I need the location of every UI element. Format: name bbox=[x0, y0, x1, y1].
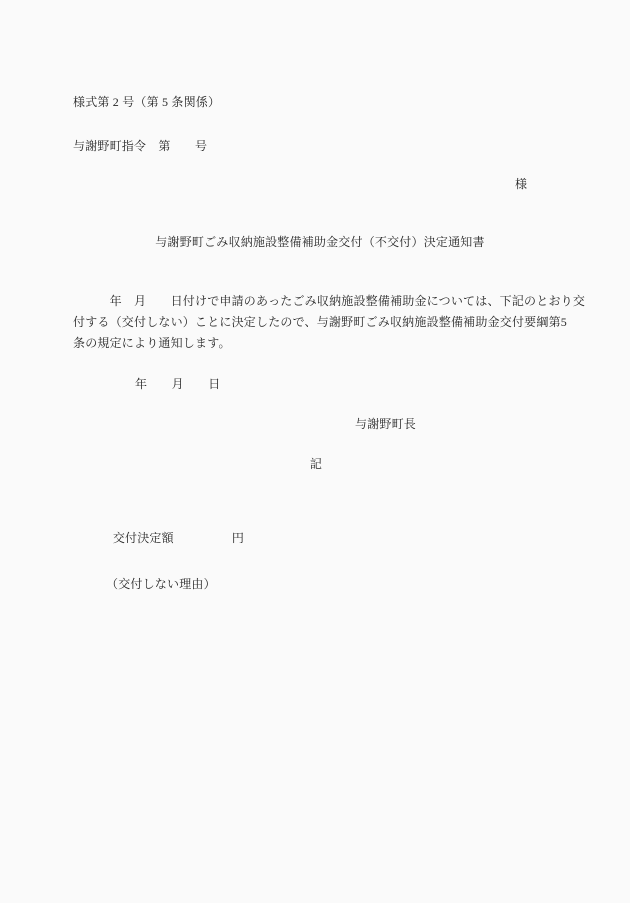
directive-number-line: 与謝野町指令 第 号 bbox=[73, 139, 207, 153]
grant-amount-label: 交付決定額 bbox=[113, 531, 174, 545]
grant-amount-unit: 円 bbox=[232, 531, 244, 545]
reason-not-granted-label: （交付しない理由） bbox=[106, 577, 216, 591]
grant-amount-line: 交付決定額円 bbox=[100, 517, 244, 559]
notation-marker: 記 bbox=[73, 457, 559, 471]
document-page: 様式第 2 号（第 5 条関係） 与謝野町指令 第 号 様 与謝野町ごみ収納施設… bbox=[0, 0, 630, 903]
body-paragraph-line-1: 年 月 日付けで申請のあったごみ収納施設整備補助金については、下記のとおり交 bbox=[73, 291, 573, 312]
form-number: 様式第 2 号（第 5 条関係） bbox=[73, 95, 220, 109]
document-title: 与謝野町ごみ収納施設整備補助金交付（不交付）決定通知書 bbox=[73, 235, 567, 249]
addressee-honorific: 様 bbox=[515, 177, 527, 191]
decision-date-line: 年 月 日 bbox=[135, 377, 220, 391]
body-paragraph: 年 月 日付けで申請のあったごみ収納施設整備補助金については、下記のとおり交 付… bbox=[73, 291, 573, 354]
body-paragraph-line-3: 条の規定により通知します。 bbox=[73, 333, 573, 354]
body-paragraph-line-2: 付する（交付しない）ことに決定したので、与謝野町ごみ収納施設整備補助金交付要綱第… bbox=[73, 312, 573, 333]
signer-title: 与謝野町長 bbox=[355, 417, 416, 431]
